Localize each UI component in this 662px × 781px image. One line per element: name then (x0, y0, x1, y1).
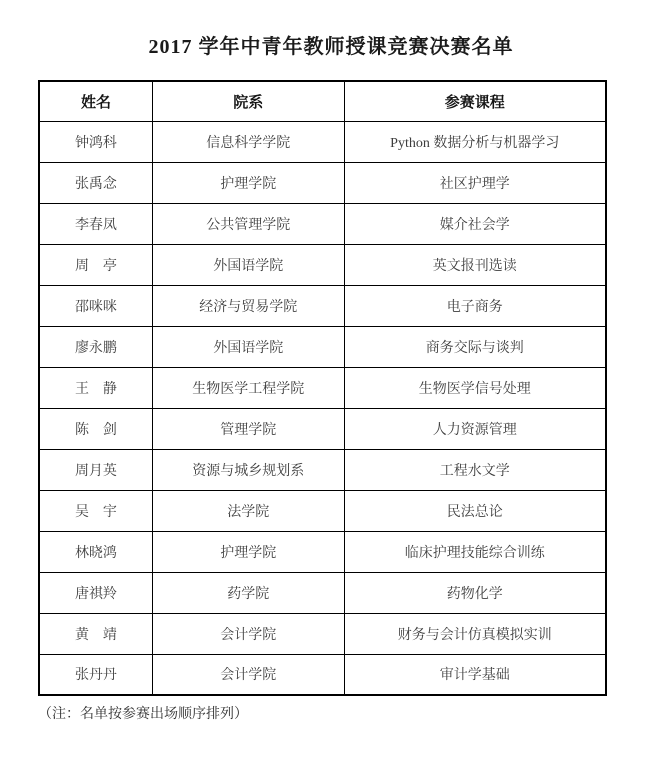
name-cell: 唐祺羚 (39, 572, 152, 613)
name-cell: 周月英 (39, 449, 152, 490)
department-cell: 信息科学学院 (152, 121, 344, 162)
table-row: 周 亭 外国语学院 英文报刊选读 (39, 244, 606, 285)
course-cell: 电子商务 (344, 285, 606, 326)
course-cell: 民法总论 (344, 490, 606, 531)
name-cell: 吴 宇 (39, 490, 152, 531)
name-cell: 钟鸿科 (39, 121, 152, 162)
page-title: 2017 学年中青年教师授课竞赛决赛名单 (0, 30, 662, 59)
course-cell: 工程水文学 (344, 449, 606, 490)
course-cell: 商务交际与谈判 (344, 326, 606, 367)
department-cell: 经济与贸易学院 (152, 285, 344, 326)
name-cell: 周 亭 (39, 244, 152, 285)
table-row: 张丹丹 会计学院 审计学基础 (39, 654, 606, 695)
header-name: 姓名 (39, 81, 152, 121)
name-cell: 陈 剑 (39, 408, 152, 449)
header-department: 院系 (152, 81, 344, 121)
course-cell: 临床护理技能综合训练 (344, 531, 606, 572)
department-cell: 资源与城乡规划系 (152, 449, 344, 490)
course-cell: 财务与会计仿真模拟实训 (344, 613, 606, 654)
header-course: 参赛课程 (344, 81, 606, 121)
table-row: 李春凤 公共管理学院 媒介社会学 (39, 203, 606, 244)
course-cell: 社区护理学 (344, 162, 606, 203)
course-cell: 审计学基础 (344, 654, 606, 695)
department-cell: 外国语学院 (152, 244, 344, 285)
course-cell: 媒介社会学 (344, 203, 606, 244)
table-header-row: 姓名 院系 参赛课程 (39, 81, 606, 121)
name-cell: 张禹念 (39, 162, 152, 203)
document-page: 2017 学年中青年教师授课竞赛决赛名单 姓名 院系 参赛课程 钟鸿科 信息科学… (0, 0, 662, 781)
department-cell: 会计学院 (152, 613, 344, 654)
course-cell: 生物医学信号处理 (344, 367, 606, 408)
table-row: 唐祺羚 药学院 药物化学 (39, 572, 606, 613)
name-cell: 廖永鹏 (39, 326, 152, 367)
course-cell: 英文报刊选读 (344, 244, 606, 285)
department-cell: 法学院 (152, 490, 344, 531)
table-row: 邵咪咪 经济与贸易学院 电子商务 (39, 285, 606, 326)
department-cell: 药学院 (152, 572, 344, 613)
department-cell: 生物医学工程学院 (152, 367, 344, 408)
course-cell: 人力资源管理 (344, 408, 606, 449)
name-cell: 王 静 (39, 367, 152, 408)
department-cell: 公共管理学院 (152, 203, 344, 244)
table-row: 吴 宇 法学院 民法总论 (39, 490, 606, 531)
department-cell: 护理学院 (152, 162, 344, 203)
table-row: 钟鸿科 信息科学学院 Python 数据分析与机器学习 (39, 121, 606, 162)
order-note: （注：名单按参赛出场顺序排列） (38, 703, 248, 723)
name-cell: 邵咪咪 (39, 285, 152, 326)
finalists-table: 姓名 院系 参赛课程 钟鸿科 信息科学学院 Python 数据分析与机器学习 张… (38, 80, 607, 696)
department-cell: 护理学院 (152, 531, 344, 572)
table-row: 陈 剑 管理学院 人力资源管理 (39, 408, 606, 449)
table-row: 王 静 生物医学工程学院 生物医学信号处理 (39, 367, 606, 408)
name-cell: 李春凤 (39, 203, 152, 244)
department-cell: 管理学院 (152, 408, 344, 449)
table-row: 黄 靖 会计学院 财务与会计仿真模拟实训 (39, 613, 606, 654)
name-cell: 张丹丹 (39, 654, 152, 695)
table-row: 林晓鸿 护理学院 临床护理技能综合训练 (39, 531, 606, 572)
table-row: 张禹念 护理学院 社区护理学 (39, 162, 606, 203)
department-cell: 会计学院 (152, 654, 344, 695)
name-cell: 林晓鸿 (39, 531, 152, 572)
department-cell: 外国语学院 (152, 326, 344, 367)
course-cell: 药物化学 (344, 572, 606, 613)
name-cell: 黄 靖 (39, 613, 152, 654)
table-row: 廖永鹏 外国语学院 商务交际与谈判 (39, 326, 606, 367)
course-cell: Python 数据分析与机器学习 (344, 121, 606, 162)
table-row: 周月英 资源与城乡规划系 工程水文学 (39, 449, 606, 490)
